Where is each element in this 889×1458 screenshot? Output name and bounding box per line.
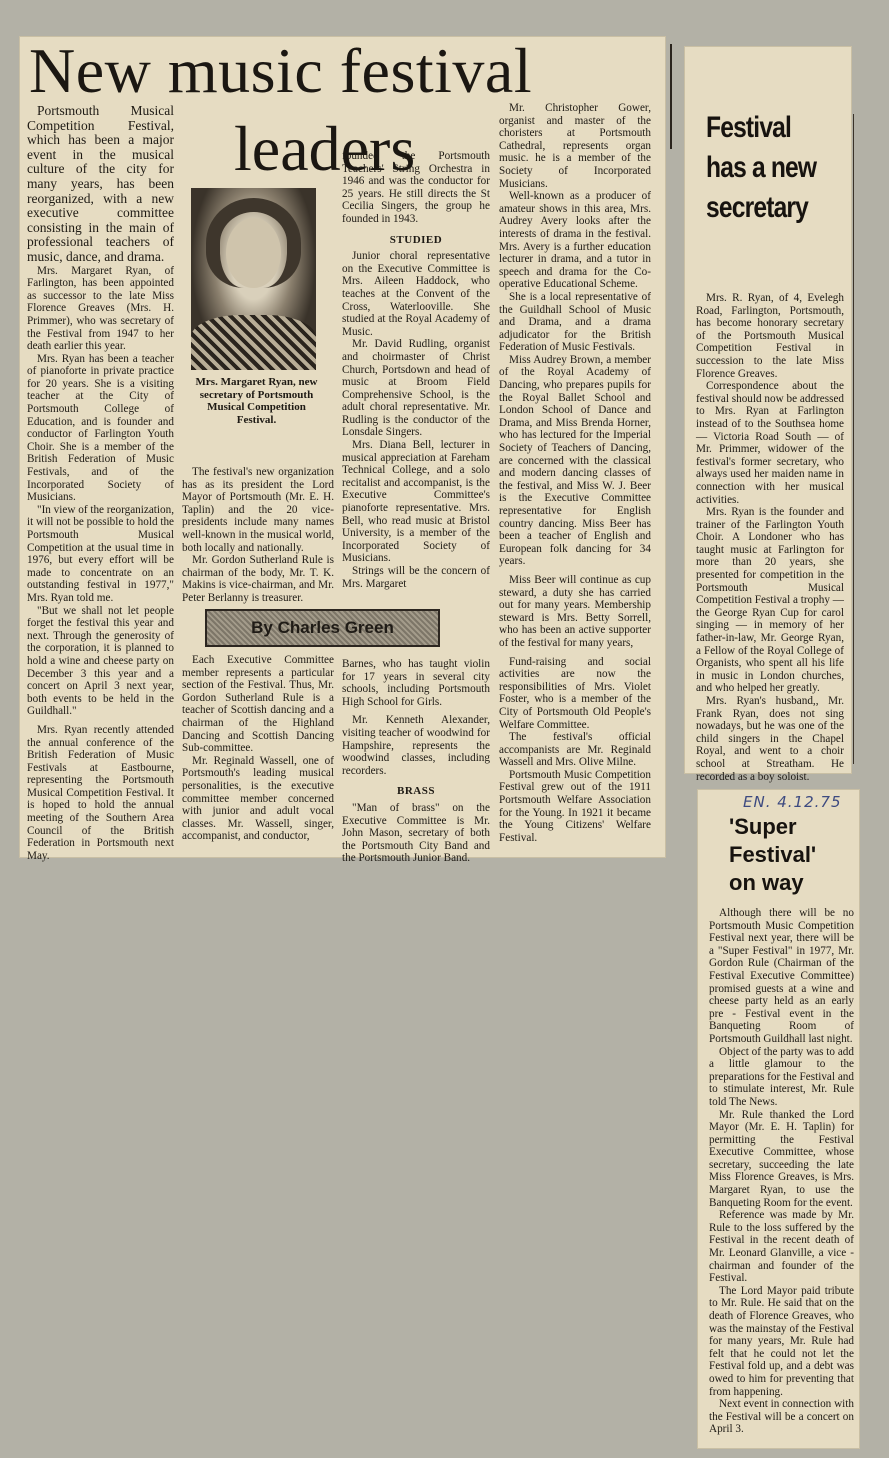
secretary-body: Mrs. R. Ryan, of 4, Evelegh Road, Farlin… [696,292,844,783]
column-2-top: The festival's new organization has as i… [182,466,334,605]
paragraph: Mrs. Ryan has been a teacher of pianofor… [27,353,174,504]
photo-face [226,218,281,288]
main-article-clipping: New music festival leaders Portsmouth Mu… [19,36,666,858]
paragraph: Although there will be no Portsmouth Mus… [709,907,854,1046]
paragraph: Mr. Kenneth Alexander, visiting teacher … [342,714,490,777]
paragraph: Fund-raising and social activities are n… [499,656,651,732]
column-3-bottom: Barnes, who has taught violin for 17 yea… [342,658,490,865]
paragraph: Miss Beer will continue as cup steward, … [499,574,651,650]
lead-paragraph: Portsmouth Musical Competition Festival,… [27,104,174,265]
paragraph: Mrs. Ryan recently attended the annual c… [27,724,174,863]
paragraph: She is a local representative of the Gui… [499,291,651,354]
paragraph: "In view of the reorganization, it will … [27,504,174,605]
byline: By Charles Green [251,618,394,637]
paragraph: Each Executive Committee member represen… [182,654,334,755]
portrait-photo [191,188,316,370]
paragraph: Mrs. Margaret Ryan, of Farlington, has b… [27,265,174,353]
secretary-headline: Festival has a new secretary [706,108,816,228]
column-2-bottom: Each Executive Committee member represen… [182,654,334,843]
paragraph: Mr. Gordon Sutherland Rule is chairman o… [182,554,334,604]
subhead-studied: STUDIED [342,234,490,247]
paragraph: Mrs. Diana Bell, lecturer in musical app… [342,439,490,565]
column-4: Mr. Christopher Gower, organist and mast… [499,102,651,844]
paragraph: "Man of brass" on the Executive Committe… [342,802,490,865]
subhead-brass: BRASS [342,785,490,798]
photo-blouse [191,315,316,370]
headline-line: Festival [706,108,816,148]
paragraph: Mr. Rule thanked the Lord Mayor (Mr. E. … [709,1109,854,1210]
headline-line: Festival' [729,841,816,869]
headline-line: 'Super [729,813,816,841]
paragraph: Mrs. R. Ryan, of 4, Evelegh Road, Farlin… [696,292,844,380]
paragraph: Mr. Reginald Wassell, one of Portsmouth'… [182,755,334,843]
paragraph: Next event in connection with the Festiv… [709,1398,854,1436]
paragraph: The festival's new organization has as i… [182,466,334,554]
paragraph: Mrs. Ryan's husband,, Mr. Frank Ryan, do… [696,695,844,783]
paragraph: Junior choral representative on the Exec… [342,250,490,338]
paragraph: Mr. David Rudling, organist and choirmas… [342,338,490,439]
paragraph: Object of the party was to add a little … [709,1046,854,1109]
column-3-top: founded the Portsmouth Teachers' String … [342,150,490,590]
paragraph: Correspondence about the festival should… [696,380,844,506]
handwritten-date-note: EN. 4.12.75 [743,793,842,811]
paragraph: Miss Audrey Brown, a member of the Royal… [499,354,651,568]
headline-line: on way [729,869,816,897]
paragraph: Barnes, who has taught violin for 17 yea… [342,658,490,708]
paragraph: Mrs. Ryan is the founder and trainer of … [696,506,844,695]
headline-line: has a new [706,148,816,188]
super-festival-headline: 'Super Festival' on way [729,813,816,897]
super-festival-body: Although there will be no Portsmouth Mus… [709,907,854,1436]
secretary-article-clipping: Festival has a new secretary Mrs. R. Rya… [684,46,852,774]
headline: New music festival [29,36,532,106]
paragraph: The festival's official accompanists are… [499,731,651,769]
paragraph: The Lord Mayor paid tribute to Mr. Rule.… [709,1285,854,1398]
paragraph: founded the Portsmouth Teachers' String … [342,150,490,226]
headline-line: secretary [706,188,816,228]
byline-box: By Charles Green [205,609,440,647]
paragraph: Well-known as a producer of amateur show… [499,190,651,291]
paragraph: Reference was made by Mr. Rule to the lo… [709,1209,854,1285]
column-rule [670,44,672,149]
paragraph: Mr. Christopher Gower, organist and mast… [499,102,651,190]
photo-caption: Mrs. Margaret Ryan, new secretary of Por… [189,376,324,426]
paragraph: "But we shall not let people forget the … [27,605,174,718]
paragraph: Strings will be the concern of Mrs. Marg… [342,565,490,590]
column-1: Portsmouth Musical Competition Festival,… [27,104,174,862]
super-festival-clipping: EN. 4.12.75 'Super Festival' on way Alth… [697,789,860,1449]
paragraph: Portsmouth Music Competition Festival gr… [499,769,651,845]
column-rule [853,114,854,764]
